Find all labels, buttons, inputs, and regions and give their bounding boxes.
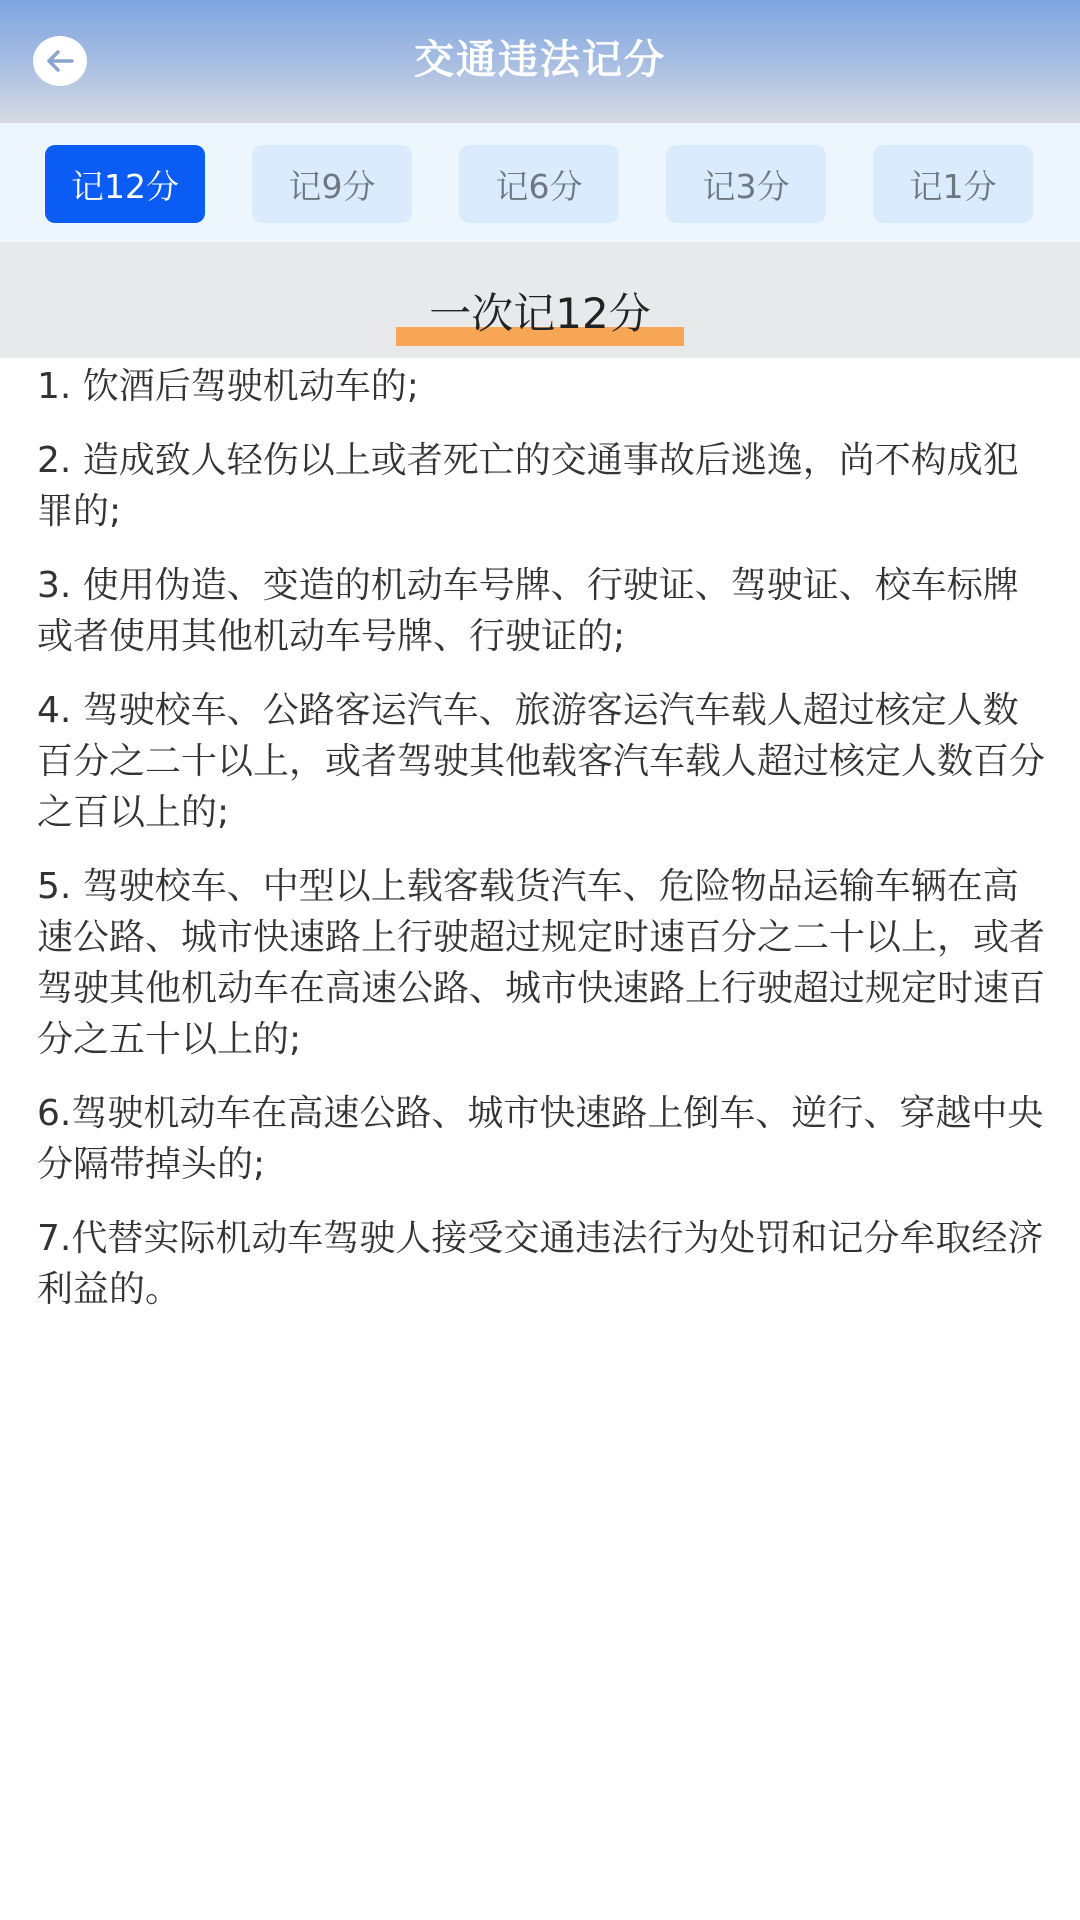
section-title: 一次记12分 xyxy=(0,286,1080,342)
tab-6-points[interactable]: 记6分 xyxy=(459,145,619,223)
app-header: 交通违法记分 xyxy=(0,0,1080,123)
tab-3-points[interactable]: 记3分 xyxy=(666,145,826,223)
points-tab-bar: 记12分 记9分 记6分 记3分 记1分 xyxy=(0,123,1080,242)
rule-item: 4. 驾驶校车、公路客运汽车、旅游客运汽车载人超过核定人数百分之二十以上，或者驾… xyxy=(37,685,1047,838)
rule-item: 2. 造成致人轻伤以上或者死亡的交通事故后逃逸，尚不构成犯罪的; xyxy=(37,435,1047,537)
tab-9-points[interactable]: 记9分 xyxy=(252,145,412,223)
rule-item: 3. 使用伪造、变造的机动车号牌、行驶证、驾驶证、校车标牌或者使用其他机动车号牌… xyxy=(37,560,1047,662)
tab-1-point[interactable]: 记1分 xyxy=(873,145,1033,223)
rule-item: 7.代替实际机动车驾驶人接受交通违法行为处罚和记分牟取经济利益的。 xyxy=(37,1213,1047,1315)
page-title: 交通违法记分 xyxy=(0,30,1080,90)
rule-item: 6.驾驶机动车在高速公路、城市快速路上倒车、逆行、穿越中央分隔带掉头的; xyxy=(37,1088,1047,1190)
tab-12-points[interactable]: 记12分 xyxy=(45,145,205,223)
section-header: 一次记12分 xyxy=(0,242,1080,358)
rule-item: 5. 驾驶校车、中型以上载客载货汽车、危险物品运输车辆在高速公路、城市快速路上行… xyxy=(37,861,1047,1065)
rule-item: 1. 饮酒后驾驶机动车的; xyxy=(37,361,1047,412)
rules-list: 1. 饮酒后驾驶机动车的; 2. 造成致人轻伤以上或者死亡的交通事故后逃逸，尚不… xyxy=(37,361,1047,1338)
